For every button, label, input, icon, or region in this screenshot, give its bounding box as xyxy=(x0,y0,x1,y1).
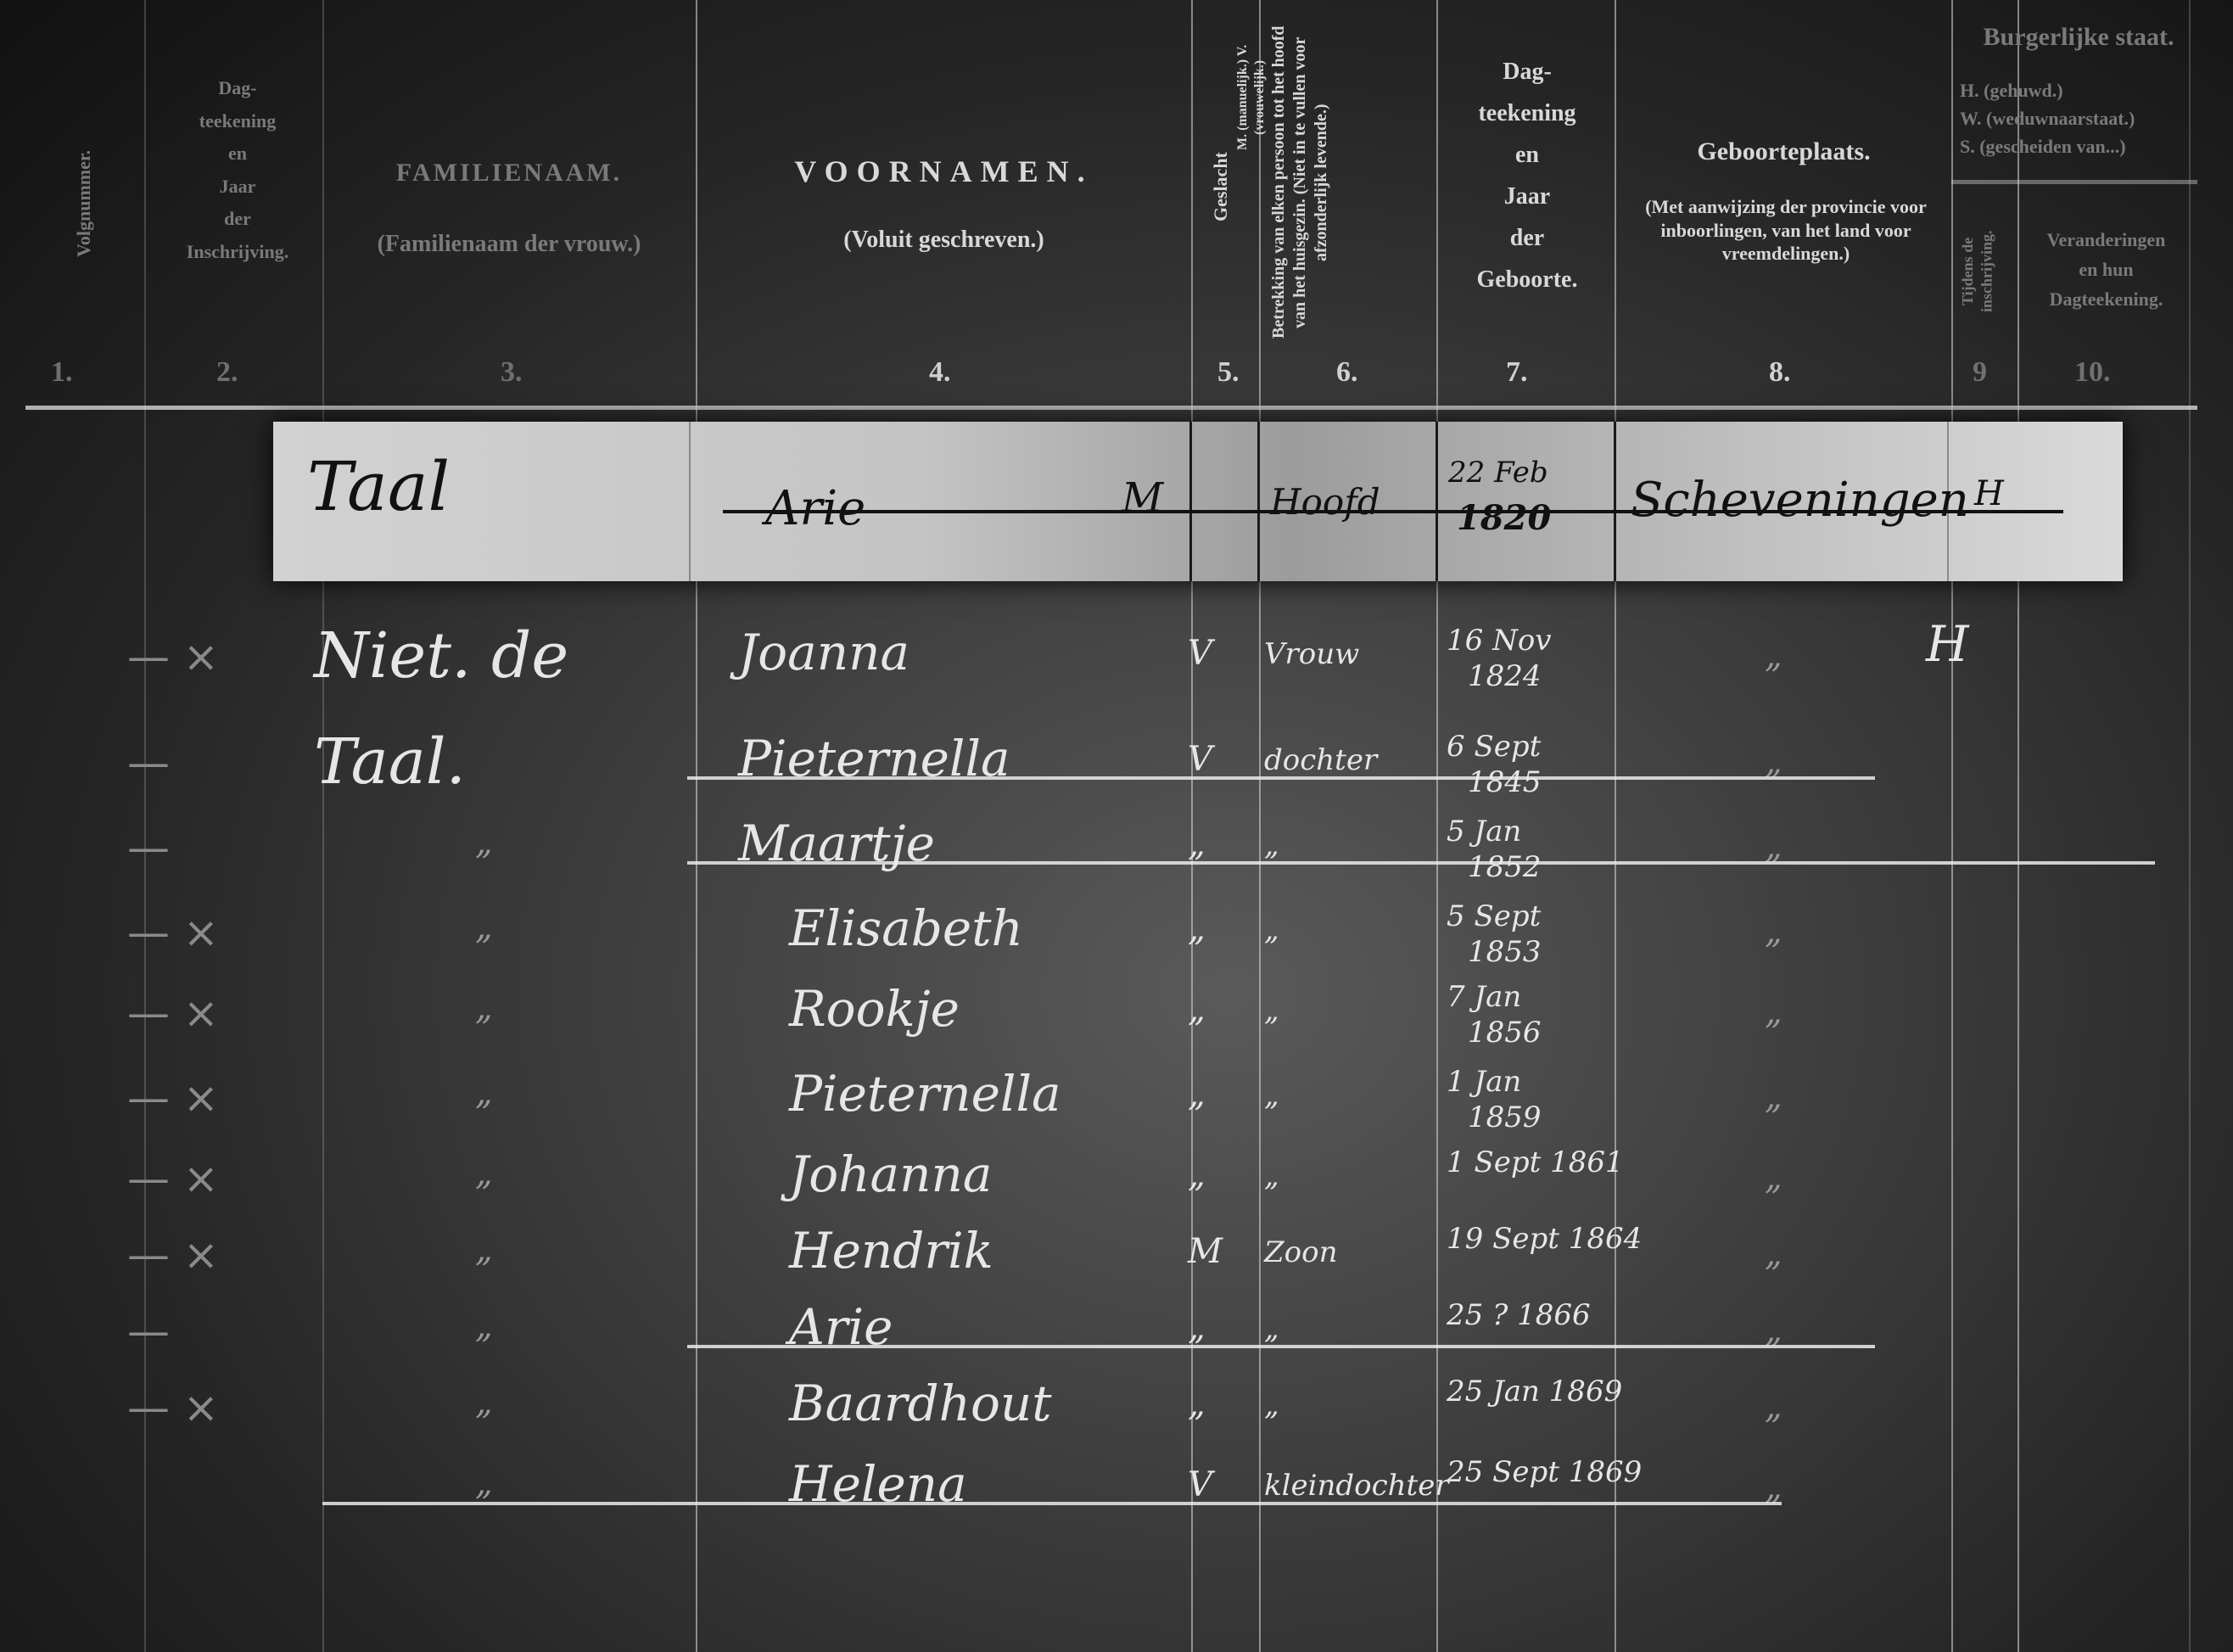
column-number: 6. xyxy=(1336,356,1358,389)
strikethrough-line xyxy=(723,510,2063,513)
strikethrough-line xyxy=(687,861,2155,865)
familienaam-cell: „ xyxy=(475,1230,493,1269)
column-rule xyxy=(1951,0,1953,1652)
familienaam-cell: „ xyxy=(475,1073,493,1112)
geslacht-cell: „ xyxy=(1188,825,1206,864)
geslacht-cell: M xyxy=(1188,1232,1223,1271)
betrekking-cell: kleindochter xyxy=(1264,1469,1449,1503)
geboorte-date-cell: 5 Sept xyxy=(1447,899,1541,933)
geslacht-cell: „ xyxy=(1188,1156,1206,1195)
header-col4-subtitle: (Voluit geschreven.) xyxy=(700,225,1188,255)
geslacht-cell: V xyxy=(1188,740,1212,779)
column-number: 1. xyxy=(51,356,73,389)
geboorteplaats-cell: „ xyxy=(1765,1078,1782,1117)
geboorte-date-cell: 5 Jan xyxy=(1447,815,1521,848)
geslacht-cell: „ xyxy=(1188,1075,1206,1114)
margin-mark: — xyxy=(127,738,170,787)
register-page: Volgnummer. Dag- teekening en Jaar der I… xyxy=(0,0,2233,1652)
column-rule xyxy=(696,0,697,1652)
geboorte-date-cell: 25 Sept 1869 xyxy=(1447,1455,1642,1489)
column-number: 7. xyxy=(1506,356,1528,389)
geboorteplaats-cell: „ xyxy=(1765,636,1782,675)
geboorte-year-cell: 1824 xyxy=(1468,659,1542,693)
familienaam-cell: Taal. xyxy=(314,725,466,798)
margin-mark: — × xyxy=(127,908,219,957)
geslacht-cell: „ xyxy=(1188,1308,1206,1347)
column-number: 9 xyxy=(1973,356,1987,389)
margin-mark: — xyxy=(127,1307,170,1356)
geboorte-year-cell: 1859 xyxy=(1468,1100,1542,1134)
column-rule xyxy=(322,0,324,1652)
margin-mark: — × xyxy=(127,632,219,681)
voornamen-cell: Joanna xyxy=(738,624,909,681)
column-rule xyxy=(2018,0,2019,1652)
betrekking-cell: „ xyxy=(1264,1159,1279,1193)
margin-mark: — × xyxy=(127,1383,219,1432)
column-number: 3. xyxy=(501,356,523,389)
geboorte-year-cell: 1853 xyxy=(1468,935,1542,969)
header-col3-subtitle: (Familienaam der vrouw.) xyxy=(327,229,691,259)
familienaam-cell: „ xyxy=(475,1383,493,1422)
familienaam-cell: Niet. de xyxy=(314,619,568,692)
voornamen-cell: Rookje xyxy=(789,980,960,1038)
betrekking-cell: „ xyxy=(1264,913,1279,947)
column-number: 5. xyxy=(1217,356,1240,389)
head-voornamen: Arie xyxy=(765,481,865,536)
header-col9: Tijdens de inschrijving. xyxy=(1958,204,1996,339)
geslacht-cell: „ xyxy=(1188,910,1206,949)
strikethrough-line xyxy=(687,1345,1875,1348)
geboorte-year-cell: 1845 xyxy=(1468,765,1542,799)
voornamen-cell: Pieternella xyxy=(789,1065,1061,1123)
header-col5-sub: M. (manuelijk.) V. (vrouwelijk.) xyxy=(1234,25,1268,170)
voornamen-cell: Baardhout xyxy=(789,1375,1052,1432)
head-betrekking: Hoofd xyxy=(1270,481,1380,523)
subheader-rule xyxy=(1951,180,2197,184)
geboorte-date-cell: 7 Jan xyxy=(1447,980,1521,1014)
familienaam-cell: „ xyxy=(475,823,493,862)
header-col7: Dag- teekening en Jaar der Geboorte. xyxy=(1442,51,1612,300)
margin-mark: — × xyxy=(127,1230,219,1280)
betrekking-cell: „ xyxy=(1264,1078,1279,1112)
familienaam-cell: „ xyxy=(475,1307,493,1346)
header-col2: Dag- teekening en Jaar der Inschrijving. xyxy=(153,72,322,268)
geboorte-date-cell: 16 Nov xyxy=(1447,624,1552,658)
betrekking-cell: „ xyxy=(1264,1388,1279,1422)
betrekking-cell: Zoon xyxy=(1264,1235,1337,1269)
geboorte-date-cell: 6 Sept xyxy=(1447,730,1541,764)
betrekking-cell: „ xyxy=(1264,828,1279,862)
column-rule xyxy=(1436,0,1438,1652)
voornamen-cell: Elisabeth xyxy=(789,899,1023,957)
margin-mark: — × xyxy=(127,988,219,1038)
geslacht-cell: V xyxy=(1188,634,1212,673)
betrekking-cell: „ xyxy=(1264,1312,1279,1346)
head-geboorte-year: 1820 xyxy=(1457,498,1551,538)
header-rule xyxy=(25,406,2197,410)
geboorte-date-cell: 25 ? 1866 xyxy=(1447,1298,1591,1332)
strikethrough-line xyxy=(322,1502,1782,1505)
header-col3-title: FAMILIENAAM. xyxy=(327,157,691,189)
header-col6: Betrekking van elken persoon tot het hoo… xyxy=(1268,17,1430,348)
header-col1: Volgnummer. xyxy=(72,119,96,288)
betrekking-cell: dochter xyxy=(1264,743,1377,777)
geboorteplaats-cell: „ xyxy=(1765,1158,1782,1197)
voornamen-cell: Hendrik xyxy=(789,1222,993,1280)
column-rule xyxy=(1259,0,1261,1652)
column-number: 4. xyxy=(929,356,951,389)
margin-mark: — × xyxy=(127,1073,219,1123)
geslacht-cell: „ xyxy=(1188,1385,1206,1424)
header-col10: Veranderingen en hun Dagteekening. xyxy=(2023,225,2189,315)
column-number: 2. xyxy=(216,356,238,389)
geslacht-cell: V xyxy=(1188,1465,1212,1504)
familienaam-cell: „ xyxy=(475,1154,493,1193)
header-burgerlijke-staat: Burgerlijke staat. xyxy=(1951,21,2206,53)
geboorte-year-cell: 1856 xyxy=(1468,1016,1542,1050)
geboorte-date-cell: 1 Jan xyxy=(1447,1065,1521,1099)
strikethrough-line xyxy=(687,776,1875,780)
betrekking-cell: „ xyxy=(1264,994,1279,1028)
column-number: 10. xyxy=(2074,356,2111,389)
betrekking-cell: Vrouw xyxy=(1264,637,1359,671)
head-geslacht: M xyxy=(1122,474,1163,522)
header-col8-title: Geboorteplaats. xyxy=(1620,136,1947,168)
header-col5: Geslacht xyxy=(1209,25,1233,348)
header-staat-codes: H. (gehuwd.) W. (weduwnaarstaat.) S. (ge… xyxy=(1960,76,2197,160)
familienaam-cell: „ xyxy=(475,988,493,1028)
margin-mark: — × xyxy=(127,1154,219,1203)
column-rule xyxy=(2189,0,2191,1652)
head-geboorte-date: 22 Feb xyxy=(1448,456,1548,490)
familienaam-cell: „ xyxy=(475,908,493,947)
head-staat: H xyxy=(1974,474,2004,513)
header-col4-title: VOORNAMEN. xyxy=(700,153,1188,191)
highlighted-row-strip: Taal Arie M Hoofd 22 Feb 1820 Schevening… xyxy=(273,422,2123,581)
geboorteplaats-cell: „ xyxy=(1765,912,1782,951)
header-col8-subtitle: (Met aanwijzing der provincie voor inboo… xyxy=(1625,195,1947,266)
voornamen-cell: Johanna xyxy=(789,1145,992,1203)
geboorteplaats-cell: „ xyxy=(1765,1235,1782,1274)
familienaam-cell: „ xyxy=(475,1464,493,1503)
geslacht-cell: „ xyxy=(1188,990,1206,1029)
staat-cell: H xyxy=(1926,615,1969,673)
geboorte-date-cell: 19 Sept 1864 xyxy=(1447,1222,1642,1256)
column-number: 8. xyxy=(1769,356,1791,389)
geboorte-year-cell: 1852 xyxy=(1468,850,1542,884)
geboorte-date-cell: 25 Jan 1869 xyxy=(1447,1375,1622,1408)
geboorteplaats-cell: „ xyxy=(1765,993,1782,1032)
head-familienaam: Taal xyxy=(307,447,450,526)
geboorteplaats-cell: „ xyxy=(1765,1387,1782,1426)
margin-mark: — xyxy=(127,823,170,872)
head-geboorteplaats: Scheveningen xyxy=(1631,473,1969,528)
geboorte-date-cell: 1 Sept 1861 xyxy=(1447,1145,1624,1179)
